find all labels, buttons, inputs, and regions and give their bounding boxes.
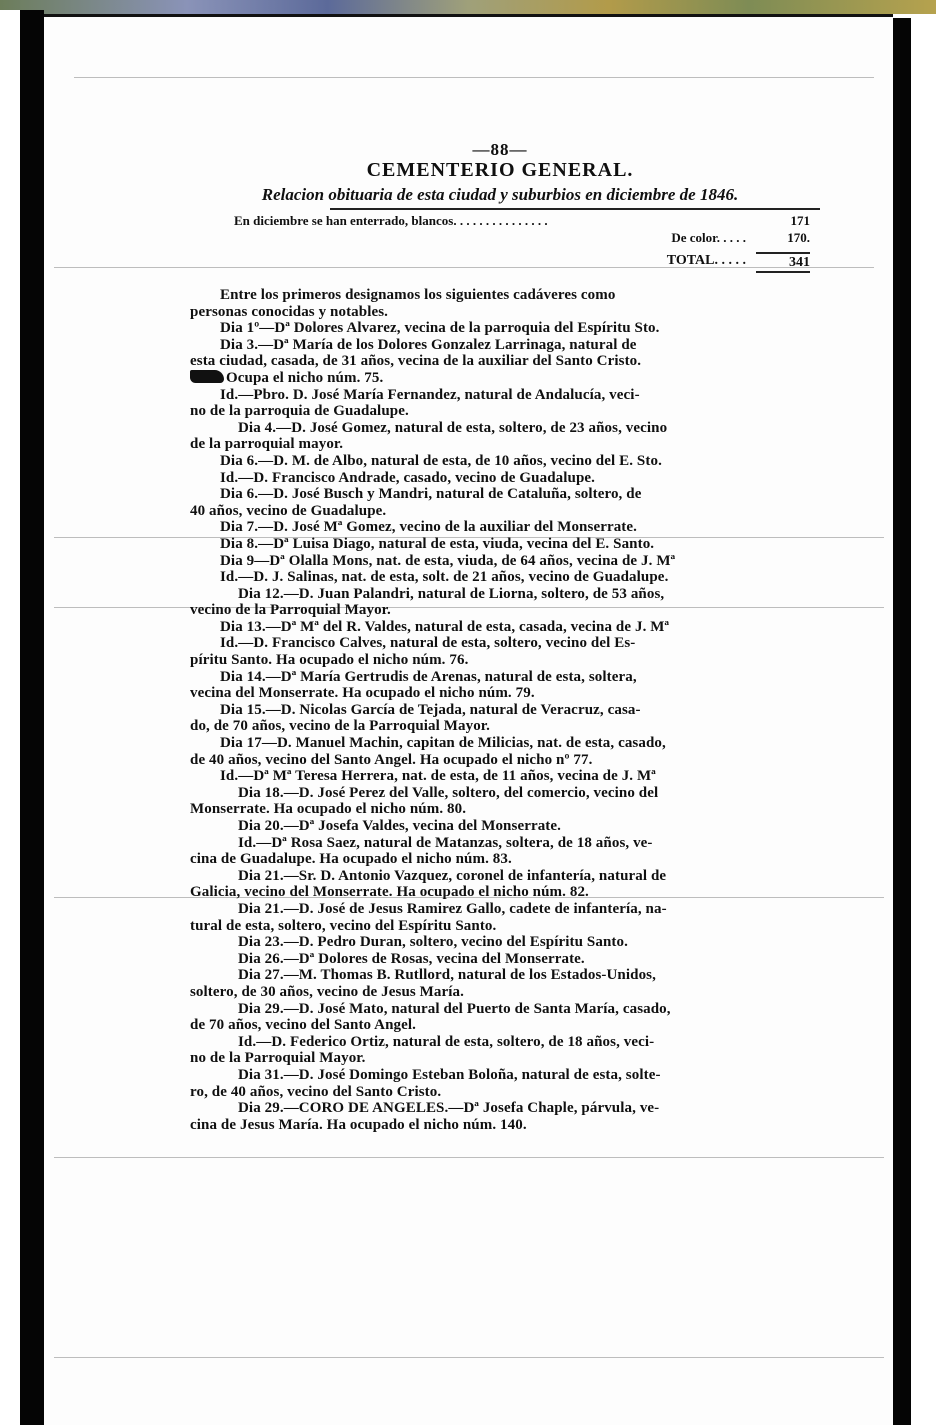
obituary-line: tural de esta, soltero, vecino del Espír… (190, 918, 810, 935)
obituary-line-text: Dia 1º—Dª Dolores Alvarez, vecina de la … (220, 320, 660, 336)
obituary-line-text: no de la Parroquial Mayor. (190, 1050, 366, 1066)
obituary-line: Dia 17—D. Manuel Machin, capitan de Mili… (190, 735, 810, 752)
obituary-line: esta ciudad, casada, de 31 años, vecina … (190, 353, 810, 370)
page-title: CEMENTERIO GENERAL. (190, 158, 810, 182)
obituary-line: Dia 15.—D. Nicolas García de Tejada, nat… (190, 702, 810, 719)
divider (330, 208, 820, 210)
obituary-line: de 40 años, vecino del Santo Angel. Ha o… (190, 752, 810, 769)
obituary-line: 40 años, vecino de Guadalupe. (190, 503, 810, 520)
obituary-line: Id.—D. Francisco Andrade, casado, vecino… (190, 470, 810, 487)
obituary-line-text: cina de Guadalupe. Ha ocupado el nicho n… (190, 851, 512, 867)
obituary-line-text: Dia 17—D. Manuel Machin, capitan de Mili… (220, 735, 666, 751)
obituary-line-text: Dia 27.—M. Thomas B. Rutllord, natural d… (238, 967, 656, 983)
obituary-line: Dia 13.—Dª Mª del R. Valdes, natural de … (190, 619, 810, 636)
obituary-line-text: soltero, de 30 años, vecino de Jesus Mar… (190, 984, 464, 1000)
obituary-line: Dia 27.—M. Thomas B. Rutllord, natural d… (190, 967, 810, 984)
obituary-line-text: Ocupa el nicho núm. 75. (226, 370, 383, 386)
obituary-line: Dia 18.—D. José Perez del Valle, soltero… (190, 785, 810, 802)
obituary-line-text: de 40 años, vecino del Santo Angel. Ha o… (190, 752, 592, 768)
article: —88— CEMENTERIO GENERAL. Relacion obitua… (190, 140, 810, 1133)
obituary-line-text: Dia 3.—Dª María de los Dolores Gonzalez … (220, 337, 637, 353)
obituary-list: Entre los primeros designamos los siguie… (190, 287, 810, 1133)
obituary-line-text: Galicia, vecino del Monserrate. Ha ocupa… (190, 884, 589, 900)
obituary-line-text: Dia 26.—Dª Dolores de Rosas, vecina del … (238, 951, 585, 967)
obituary-line: Dia 7.—D. José Mª Gomez, vecino de la au… (190, 519, 810, 536)
obituary-line-text: cina de Jesus María. Ha ocupado el nicho… (190, 1117, 527, 1133)
obituary-line: Id.—D. J. Salinas, nat. de esta, solt. d… (190, 569, 810, 586)
stat-colored-value: 170. (756, 229, 810, 246)
obituary-line-text: Id.—D. J. Salinas, nat. de esta, solt. d… (220, 569, 668, 585)
obituary-line: Dia 6.—D. José Busch y Mandri, natural d… (190, 486, 810, 503)
obituary-line: píritu Santo. Ha ocupado el nicho núm. 7… (190, 652, 810, 669)
obituary-line: Ocupa el nicho núm. 75. (190, 370, 810, 387)
obituary-line: Dia 21.—D. José de Jesus Ramirez Gallo, … (190, 901, 810, 918)
obituary-line: personas conocidas y notables. (190, 304, 810, 321)
stat-total: TOTAL. . . . . 341 (190, 252, 810, 273)
stat-total-value: 341 (756, 252, 810, 273)
stat-whites: En diciembre se han enterrado, blancos. … (190, 212, 810, 229)
obituary-line: Dia 23.—D. Pedro Duran, soltero, vecino … (190, 934, 810, 951)
obituary-line: Dia 8.—Dª Luisa Diago, natural de esta, … (190, 536, 810, 553)
obituary-line: Dia 29.—D. José Mato, natural del Puerto… (190, 1001, 810, 1018)
obituary-line: Dia 31.—D. José Domingo Esteban Boloña, … (190, 1067, 810, 1084)
obituary-line-text: esta ciudad, casada, de 31 años, vecina … (190, 353, 641, 369)
stat-total-label: TOTAL. . . . . (667, 252, 746, 273)
obituary-line: soltero, de 30 años, vecino de Jesus Mar… (190, 984, 810, 1001)
obituary-line-text: de 70 años, vecino del Santo Angel. (190, 1017, 416, 1033)
obituary-line: Dia 20.—Dª Josefa Valdes, vecina del Mon… (190, 818, 810, 835)
obituary-line: Id.—Dª Mª Teresa Herrera, nat. de esta, … (190, 768, 810, 785)
obituary-line: Entre los primeros designamos los siguie… (190, 287, 810, 304)
obituary-line: no de la Parroquial Mayor. (190, 1050, 810, 1067)
obituary-line-text: Dia 7.—D. José Mª Gomez, vecino de la au… (220, 519, 637, 535)
obituary-line-text: Dia 15.—D. Nicolas García de Tejada, nat… (220, 702, 641, 718)
obituary-line-text: Dia 21.—D. José de Jesus Ramirez Gallo, … (238, 901, 667, 917)
obituary-line: Dia 3.—Dª María de los Dolores Gonzalez … (190, 337, 810, 354)
obituary-line-text: Dia 6.—D. M. de Albo, natural de esta, d… (220, 453, 662, 469)
obituary-line-text: Dia 9—Dª Olalla Mons, nat. de esta, viud… (220, 553, 675, 569)
obituary-line-text: no de la parroquia de Guadalupe. (190, 403, 409, 419)
obituary-line: Galicia, vecino del Monserrate. Ha ocupa… (190, 884, 810, 901)
obituary-line-text: Dia 20.—Dª Josefa Valdes, vecina del Mon… (238, 818, 561, 834)
obituary-line-text: Id.—Dª Mª Teresa Herrera, nat. de esta, … (220, 768, 656, 784)
scan-artifact-line (74, 77, 874, 78)
obituary-line: cina de Jesus María. Ha ocupado el nicho… (190, 1117, 810, 1134)
page-subtitle: Relacion obituaria de esta ciudad y subu… (190, 184, 810, 206)
obituary-line: do, de 70 años, vecino de la Parroquial … (190, 718, 810, 735)
obituary-line: Id.—Pbro. D. José María Fernandez, natur… (190, 387, 810, 404)
obituary-line-text: Dia 8.—Dª Luisa Diago, natural de esta, … (220, 536, 654, 552)
page-number: —88— (190, 140, 810, 160)
obituary-line-text: Dia 18.—D. José Perez del Valle, soltero… (238, 785, 658, 801)
scan-artifact-line (54, 1357, 884, 1358)
stat-colored-label: De color. . . . . (671, 229, 746, 246)
obituary-line: Dia 9—Dª Olalla Mons, nat. de esta, viud… (190, 553, 810, 570)
obituary-line-text: de la parroquial mayor. (190, 436, 343, 452)
obituary-line-text: Dia 31.—D. José Domingo Esteban Boloña, … (238, 1067, 661, 1083)
scan-artifact-line (54, 1157, 884, 1158)
obituary-line: Dia 21.—Sr. D. Antonio Vazquez, coronel … (190, 868, 810, 885)
obituary-line: Monserrate. Ha ocupado el nicho núm. 80. (190, 801, 810, 818)
obituary-line-text: Id.—D. Federico Ortiz, natural de esta, … (238, 1034, 654, 1050)
obituary-line-text: Entre los primeros designamos los siguie… (220, 287, 615, 303)
obituary-line-text: Dia 23.—D. Pedro Duran, soltero, vecino … (238, 934, 628, 950)
obituary-line: cina de Guadalupe. Ha ocupado el nicho n… (190, 851, 810, 868)
obituary-line: Dia 26.—Dª Dolores de Rosas, vecina del … (190, 951, 810, 968)
obituary-line: ro, de 40 años, vecino del Santo Cristo. (190, 1084, 810, 1101)
obituary-line: Id.—D. Francisco Calves, natural de esta… (190, 635, 810, 652)
obituary-line: Dia 6.—D. M. de Albo, natural de esta, d… (190, 453, 810, 470)
stat-whites-value: 171 (756, 212, 810, 229)
obituary-line: Id.—D. Federico Ortiz, natural de esta, … (190, 1034, 810, 1051)
obituary-line-text: Id.—D. Francisco Andrade, casado, vecino… (220, 470, 595, 486)
obituary-line: Dia 14.—Dª María Gertrudis de Arenas, na… (190, 669, 810, 686)
obituary-line: de la parroquial mayor. (190, 436, 810, 453)
obituary-line: no de la parroquia de Guadalupe. (190, 403, 810, 420)
obituary-line-text: píritu Santo. Ha ocupado el nicho núm. 7… (190, 652, 468, 668)
pointing-hand-icon (190, 370, 224, 383)
obituary-line: de 70 años, vecino del Santo Angel. (190, 1017, 810, 1034)
obituary-line: Dia 29.—CORO DE ANGELES.—Dª Josefa Chapl… (190, 1100, 810, 1117)
obituary-line-text: Dia 12.—D. Juan Palandri, natural de Lio… (238, 586, 664, 602)
binding-right-edge (893, 18, 911, 1425)
obituary-line-text: Dia 21.—Sr. D. Antonio Vazquez, coronel … (238, 868, 666, 884)
obituary-line-text: do, de 70 años, vecino de la Parroquial … (190, 718, 490, 734)
scan-top-edge (0, 0, 936, 14)
obituary-line-text: Id.—Dª Rosa Saez, natural de Matanzas, s… (238, 835, 653, 851)
obituary-line-text: 40 años, vecino de Guadalupe. (190, 503, 386, 519)
obituary-line-text: Dia 14.—Dª María Gertrudis de Arenas, na… (220, 669, 637, 685)
obituary-line-text: Dia 29.—D. José Mato, natural del Puerto… (238, 1001, 671, 1017)
obituary-line-text: Dia 29.—CORO DE ANGELES.—Dª Josefa Chapl… (238, 1100, 659, 1116)
obituary-line-text: Dia 13.—Dª Mª del R. Valdes, natural de … (220, 619, 669, 635)
obituary-line-text: Dia 4.—D. José Gomez, natural de esta, s… (238, 420, 667, 436)
obituary-line: vecina del Monserrate. Ha ocupado el nic… (190, 685, 810, 702)
obituary-line: Dia 4.—D. José Gomez, natural de esta, s… (190, 420, 810, 437)
obituary-line: Dia 12.—D. Juan Palandri, natural de Lio… (190, 586, 810, 603)
obituary-line-text: Id.—Pbro. D. José María Fernandez, natur… (220, 387, 640, 403)
obituary-line-text: tural de esta, soltero, vecino del Espír… (190, 918, 496, 934)
obituary-line: Id.—Dª Rosa Saez, natural de Matanzas, s… (190, 835, 810, 852)
obituary-line-text: Monserrate. Ha ocupado el nicho núm. 80. (190, 801, 466, 817)
obituary-line-text: vecina del Monserrate. Ha ocupado el nic… (190, 685, 535, 701)
obituary-line: vecino de la Parroquial Mayor. (190, 602, 810, 619)
obituary-line: Dia 1º—Dª Dolores Alvarez, vecina de la … (190, 320, 810, 337)
obituary-line-text: Id.—D. Francisco Calves, natural de esta… (220, 635, 635, 651)
obituary-line-text: personas conocidas y notables. (190, 304, 388, 320)
stat-whites-label: En diciembre se han enterrado, blancos. … (190, 212, 756, 229)
stat-colored: De color. . . . . 170. (190, 229, 810, 246)
obituary-line-text: vecino de la Parroquial Mayor. (190, 602, 391, 618)
binding-left-edge (0, 10, 44, 1425)
obituary-line-text: Dia 6.—D. José Busch y Mandri, natural d… (220, 486, 641, 502)
obituary-line-text: ro, de 40 años, vecino del Santo Cristo. (190, 1084, 441, 1100)
